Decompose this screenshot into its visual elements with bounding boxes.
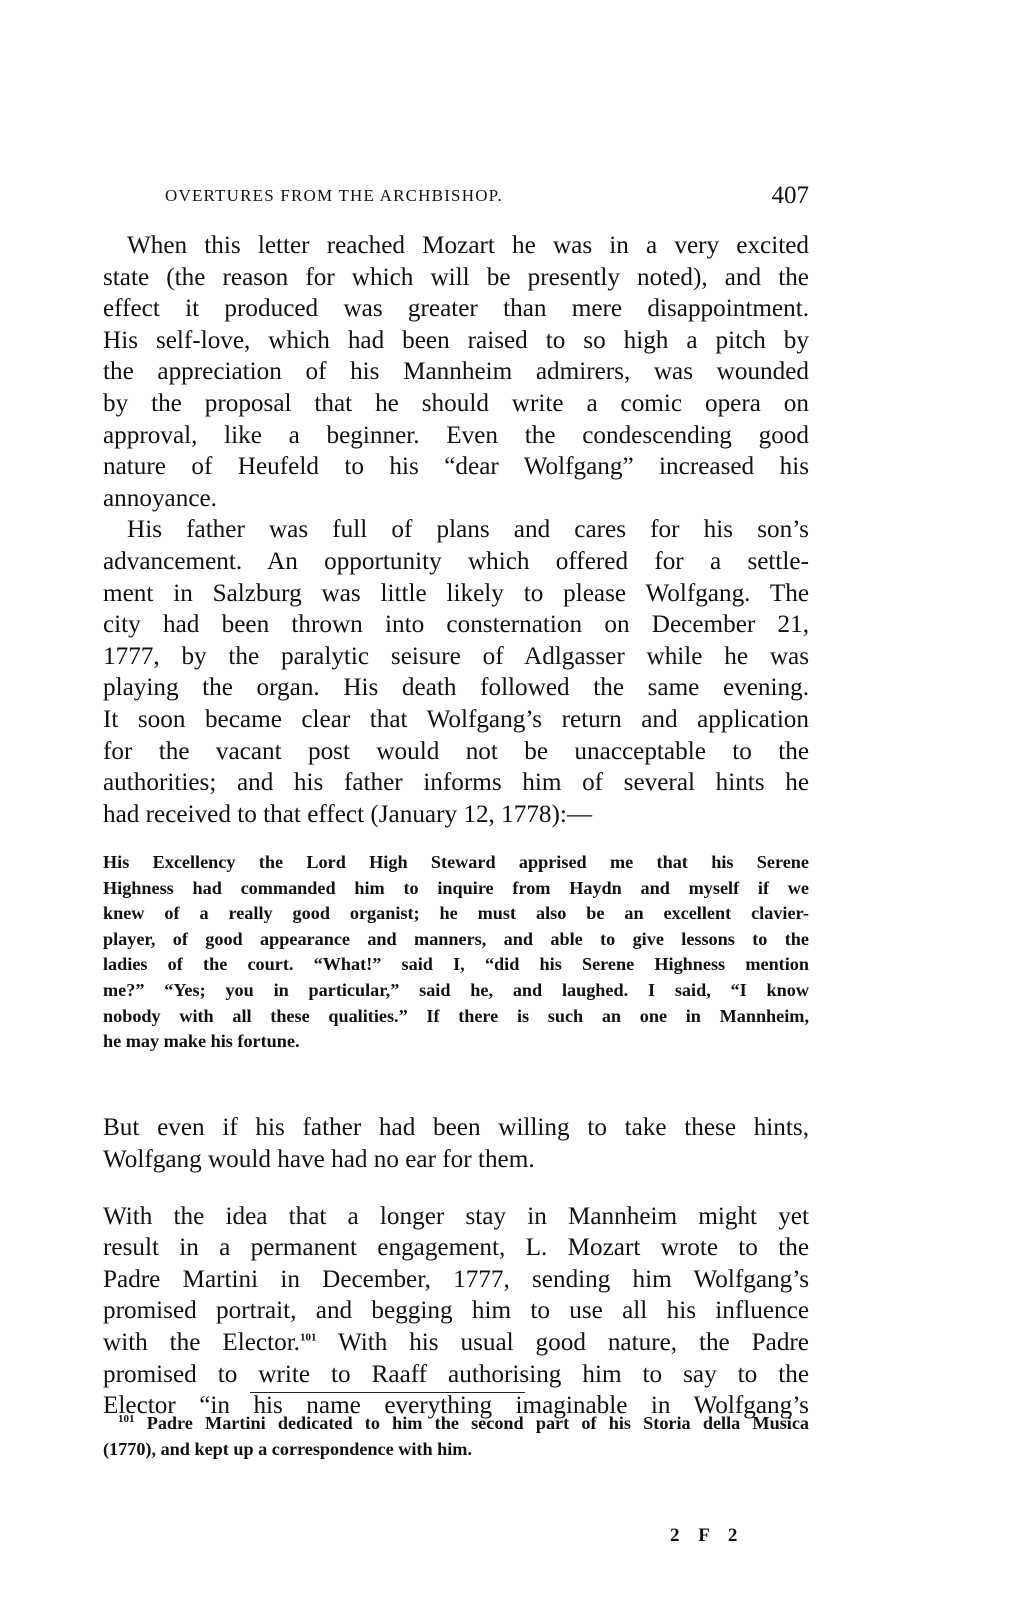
footnote: 101 Padre Martini dedicated to him the s… xyxy=(103,1410,809,1462)
paragraph-3: But even if his father had been willing … xyxy=(103,1112,809,1175)
text-line: promised to write to Raaff authorising h… xyxy=(103,1359,809,1391)
text-fragment: With his usual good nature, the Padre xyxy=(338,1329,809,1356)
text-line: His self-love, which had been raised to … xyxy=(103,325,809,357)
text-line: by the proposal that he should write a c… xyxy=(103,388,809,420)
text-line: effect it produced was greater than mere… xyxy=(103,293,809,325)
footnote-reference[interactable]: 101 xyxy=(300,1332,317,1344)
text-line: His father was full of plans and cares f… xyxy=(103,514,809,546)
quote-line: he may make his fortune. xyxy=(103,1029,809,1055)
quote-line: me?” “Yes; you in particular,” said he, … xyxy=(103,978,809,1004)
quote-line: ladies of the court. “What!” said I, “di… xyxy=(103,952,809,978)
text-line: the appreciation of his Mannheim admirer… xyxy=(103,356,809,388)
quote-line: player, of good appearance and manners, … xyxy=(103,927,809,953)
footnote-text: Padre Martini dedicated to him the secon… xyxy=(147,1413,809,1433)
text-line: nature of Heufeld to his “dear Wolfgang”… xyxy=(103,451,809,483)
body-text: When this letter reached Mozart he was i… xyxy=(103,230,809,830)
text-line: city had been thrown into consternation … xyxy=(103,609,809,641)
text-line: Padre Martini in December, 1777, sending… xyxy=(103,1264,809,1296)
text-line-with-footnote: with the Elector.101 With his usual good… xyxy=(103,1327,809,1359)
page-number: 407 xyxy=(772,182,810,210)
footnote-marker: 101 xyxy=(118,1413,135,1425)
text-line: result in a permanent engagement, L. Moz… xyxy=(103,1232,809,1264)
text-line: But even if his father had been willing … xyxy=(103,1112,809,1144)
text-line: Wolfgang would have had no ear for them. xyxy=(103,1144,809,1176)
block-quote: His Excellency the Lord High Steward app… xyxy=(103,850,809,1055)
quote-line: knew of a really good organist; he must … xyxy=(103,901,809,927)
paragraph-2: His father was full of plans and cares f… xyxy=(103,514,809,830)
text-line: playing the organ. His death followed th… xyxy=(103,672,809,704)
paragraph-1: When this letter reached Mozart he was i… xyxy=(103,230,809,514)
text-line: had received to that effect (January 12,… xyxy=(103,799,809,831)
text-fragment: with the Elector. xyxy=(103,1329,300,1356)
running-header: OVERTURES FROM THE ARCHBISHOP. 407 xyxy=(103,186,809,216)
quote-line: Highness had commanded him to inquire fr… xyxy=(103,876,809,902)
text-line: ment in Salzburg was little likely to pl… xyxy=(103,578,809,610)
text-line: for the vacant post would not be unaccep… xyxy=(103,736,809,768)
text-line: state (the reason for which will be pres… xyxy=(103,262,809,294)
footnote-line: 101 Padre Martini dedicated to him the s… xyxy=(103,1410,809,1436)
text-line: approval, like a beginner. Even the cond… xyxy=(103,420,809,452)
signature-mark: 2 F 2 xyxy=(670,1525,744,1547)
text-line: advancement. An opportunity which offere… xyxy=(103,546,809,578)
text-line: With the idea that a longer stay in Mann… xyxy=(103,1201,809,1233)
text-line: 1777, by the paralytic seisure of Adlgas… xyxy=(103,641,809,673)
text-line: annoyance. xyxy=(103,483,809,515)
footnote-line: (1770), and kept up a correspondence wit… xyxy=(103,1436,809,1462)
text-line: promised portrait, and begging him to us… xyxy=(103,1295,809,1327)
text-line: It soon became clear that Wolfgang’s ret… xyxy=(103,704,809,736)
footnote-divider xyxy=(250,1392,525,1393)
running-title: OVERTURES FROM THE ARCHBISHOP. xyxy=(165,186,503,206)
paragraph-4: With the idea that a longer stay in Mann… xyxy=(103,1201,809,1422)
text-line: When this letter reached Mozart he was i… xyxy=(103,230,809,262)
text-line: authorities; and his father informs him … xyxy=(103,767,809,799)
quote-line: His Excellency the Lord High Steward app… xyxy=(103,850,809,876)
quote-line: nobody with all these qualities.” If the… xyxy=(103,1004,809,1030)
